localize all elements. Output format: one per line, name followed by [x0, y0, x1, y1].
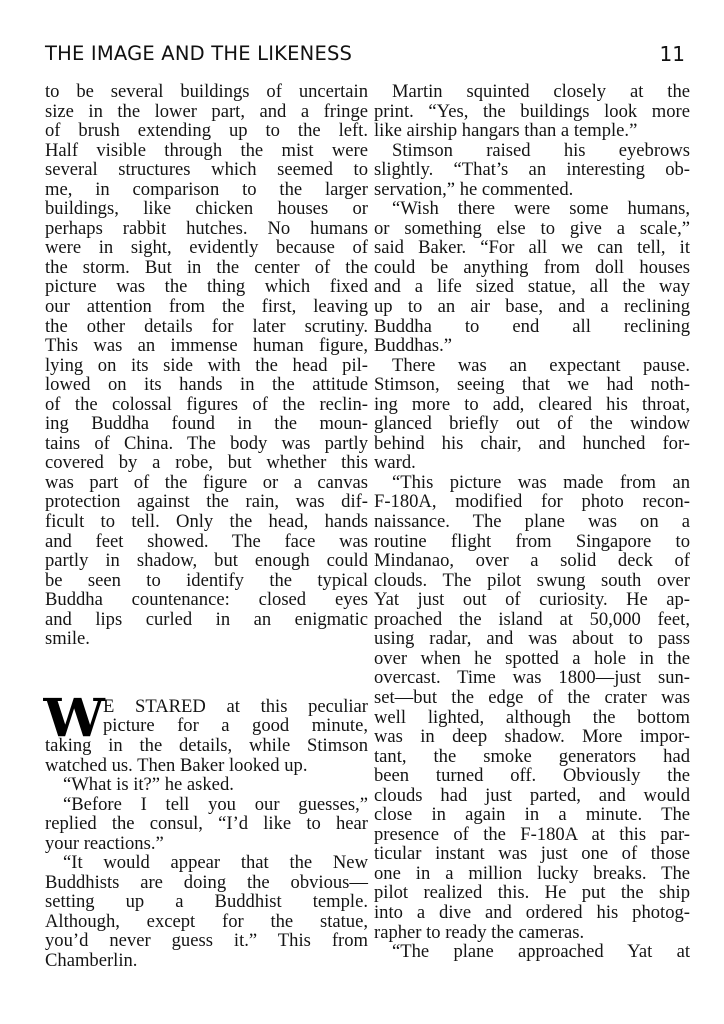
text-line: been turned off. Obviously the: [374, 766, 690, 786]
text-line: ticular instant was just one of those: [374, 844, 690, 864]
text-line: Chamberlin.: [45, 951, 368, 971]
text-line: the other details for later scrutiny.: [45, 317, 368, 337]
text-line: could be anything from doll houses: [374, 258, 690, 278]
text-line: Half visible through the mist were: [45, 141, 368, 161]
text-line: the storm. But in the center of the: [45, 258, 368, 278]
text-line: was in deep shadow. More impor-: [374, 727, 690, 747]
text-line: setting up a Buddhist temple.: [45, 892, 368, 912]
text-line: Buddha to end all reclining: [374, 317, 690, 337]
text-line: using radar, and was about to pass: [374, 629, 690, 649]
text-line: Buddhists are doing the obvious—: [45, 873, 368, 893]
text-line: watched us. Then Baker looked up.: [45, 756, 368, 776]
text-line: replied the consul, “I’d like to hear: [45, 814, 368, 834]
paragraph: “The plane approached Yat at: [374, 942, 690, 962]
text-line: glanced briefly out of the window: [374, 414, 690, 434]
paragraph: “It would appear that the NewBuddhists a…: [45, 853, 368, 970]
text-line: print. “Yes, the buildings look more: [374, 102, 690, 122]
text-line: into a dive and ordered his photog-: [374, 903, 690, 923]
running-title: THE IMAGE AND THE LIKENESS: [45, 42, 352, 65]
text-line: clouds had just parted, and would: [374, 786, 690, 806]
text-line: one in a million lucky breaks. The: [374, 864, 690, 884]
text-line: F-180A, modified for photo recon-: [374, 492, 690, 512]
paragraph: “What is it?” he asked.: [45, 775, 368, 795]
text-line: behind his chair, and hunched for-: [374, 434, 690, 454]
text-line: Yat just out of curiosity. He ap-: [374, 590, 690, 610]
text-line: Although, except for the statue,: [45, 912, 368, 932]
text-line: “Wish there were some humans,: [374, 199, 690, 219]
text-line: our attention from the first, leaving: [45, 297, 368, 317]
right-column: Martin squinted closely at theprint. “Ye…: [374, 82, 690, 962]
text-line: slightly. “That’s an interesting ob-: [374, 160, 690, 180]
paragraph: “Wish there were some humans,or somethin…: [374, 199, 690, 355]
text-line: “It would appear that the New: [45, 853, 368, 873]
text-line: be seen to identify the typical: [45, 571, 368, 591]
left-column: to be several buildings of uncertainsize…: [45, 82, 368, 971]
text-line: were in sight, evidently because of: [45, 238, 368, 258]
text-line: pilot realized this. He put the ship: [374, 883, 690, 903]
text-line: lying on its side with the head pil-: [45, 356, 368, 376]
paragraph: to be several buildings of uncertainsize…: [45, 82, 368, 649]
text-line: me, in comparison to the larger: [45, 180, 368, 200]
text-line: you’d never guess it.” This from: [45, 931, 368, 951]
text-line: protection against the rain, was dif-: [45, 492, 368, 512]
text-line: rapher to ready the cameras.: [374, 923, 690, 943]
text-line: “What is it?” he asked.: [45, 775, 368, 795]
text-line: presence of the F-180A at this par-: [374, 825, 690, 845]
text-line: overcast. Time was 1800—just sun-: [374, 668, 690, 688]
text-line: covered by a robe, but whether this: [45, 453, 368, 473]
text-line: smile.: [45, 629, 368, 649]
text-line: and lips curled in an enigmatic: [45, 610, 368, 630]
text-line: to be several buildings of uncertain: [45, 82, 368, 102]
text-line: “The plane approached Yat at: [374, 942, 690, 962]
text-line: well lighted, although the bottom: [374, 708, 690, 728]
text-line: ficult to tell. Only the head, hands: [45, 512, 368, 532]
text-line: Stimson, seeing that we had noth-: [374, 375, 690, 395]
paragraph: “This picture was made from anF-180A, mo…: [374, 473, 690, 942]
text-line: of brush extending up to the left.: [45, 121, 368, 141]
paragraph: “Before I tell you our guesses,”replied …: [45, 795, 368, 854]
text-line: Stimson raised his eyebrows: [374, 141, 690, 161]
paragraph: There was an expectant pause.Stimson, se…: [374, 356, 690, 473]
text-line: ing Buddha found in the moun-: [45, 414, 368, 434]
page-number: 11: [660, 42, 685, 66]
running-header: THE IMAGE AND THE LIKENESS 11: [45, 42, 685, 68]
text-line: servation,” he commented.: [374, 180, 690, 200]
text-line: said Baker. “For all we can tell, it: [374, 238, 690, 258]
text-line: ing more to add, cleared his throat,: [374, 395, 690, 415]
text-line: partly in shadow, but enough could: [45, 551, 368, 571]
paragraph: Stimson raised his eyebrowsslightly. “Th…: [374, 141, 690, 200]
text-line: ward.: [374, 453, 690, 473]
text-line: over when he spotted a hole in the: [374, 649, 690, 669]
paragraph-with-drop-cap: W E STARED at this peculiar picture for …: [45, 697, 368, 736]
text-line: up to an air base, and a reclining: [374, 297, 690, 317]
text-line: tant, the smoke generators had: [374, 747, 690, 767]
text-line: several structures which seemed to: [45, 160, 368, 180]
text-line: There was an expectant pause.: [374, 356, 690, 376]
text-line: Martin squinted closely at the: [374, 82, 690, 102]
text-line: Buddhas.”: [374, 336, 690, 356]
text-line: proached the island at 50,000 feet,: [374, 610, 690, 630]
text-line: Mindanao, over a solid deck of: [374, 551, 690, 571]
text-line: set—but the edge of the crater was: [374, 688, 690, 708]
text-line: like airship hangars than a temple.”: [374, 121, 690, 141]
text-line: naissance. The plane was on a: [374, 512, 690, 532]
text-line: your reactions.”: [45, 834, 368, 854]
text-line: routine flight from Singapore to: [374, 532, 690, 552]
text-line: size in the lower part, and a fringe: [45, 102, 368, 122]
text-line: This was an immense human figure,: [45, 336, 368, 356]
text-line: “This picture was made from an: [374, 473, 690, 493]
text-line: buildings, like chicken houses or: [45, 199, 368, 219]
text-line: Buddha countenance: closed eyes: [45, 590, 368, 610]
text-line: of the colossal figures of the reclin-: [45, 395, 368, 415]
drop-cap: W: [44, 699, 105, 739]
text-line: was part of the figure or a canvas: [45, 473, 368, 493]
text-line: “Before I tell you our guesses,”: [45, 795, 368, 815]
text-line: perhaps rabbit hutches. No humans: [45, 219, 368, 239]
paragraph: Martin squinted closely at theprint. “Ye…: [374, 82, 690, 141]
text-line: picture was the thing which fixed: [45, 277, 368, 297]
text-line: close in again in a minute. The: [374, 805, 690, 825]
text-line: and a life sized statue, all the way: [374, 277, 690, 297]
text-line: tains of China. The body was partly: [45, 434, 368, 454]
text-line: and feet showed. The face was: [45, 532, 368, 552]
text-line: lowed on its hands in the attitude: [45, 375, 368, 395]
text-line: or something else to give a scale,”: [374, 219, 690, 239]
text-line: clouds. The pilot swung south over: [374, 571, 690, 591]
